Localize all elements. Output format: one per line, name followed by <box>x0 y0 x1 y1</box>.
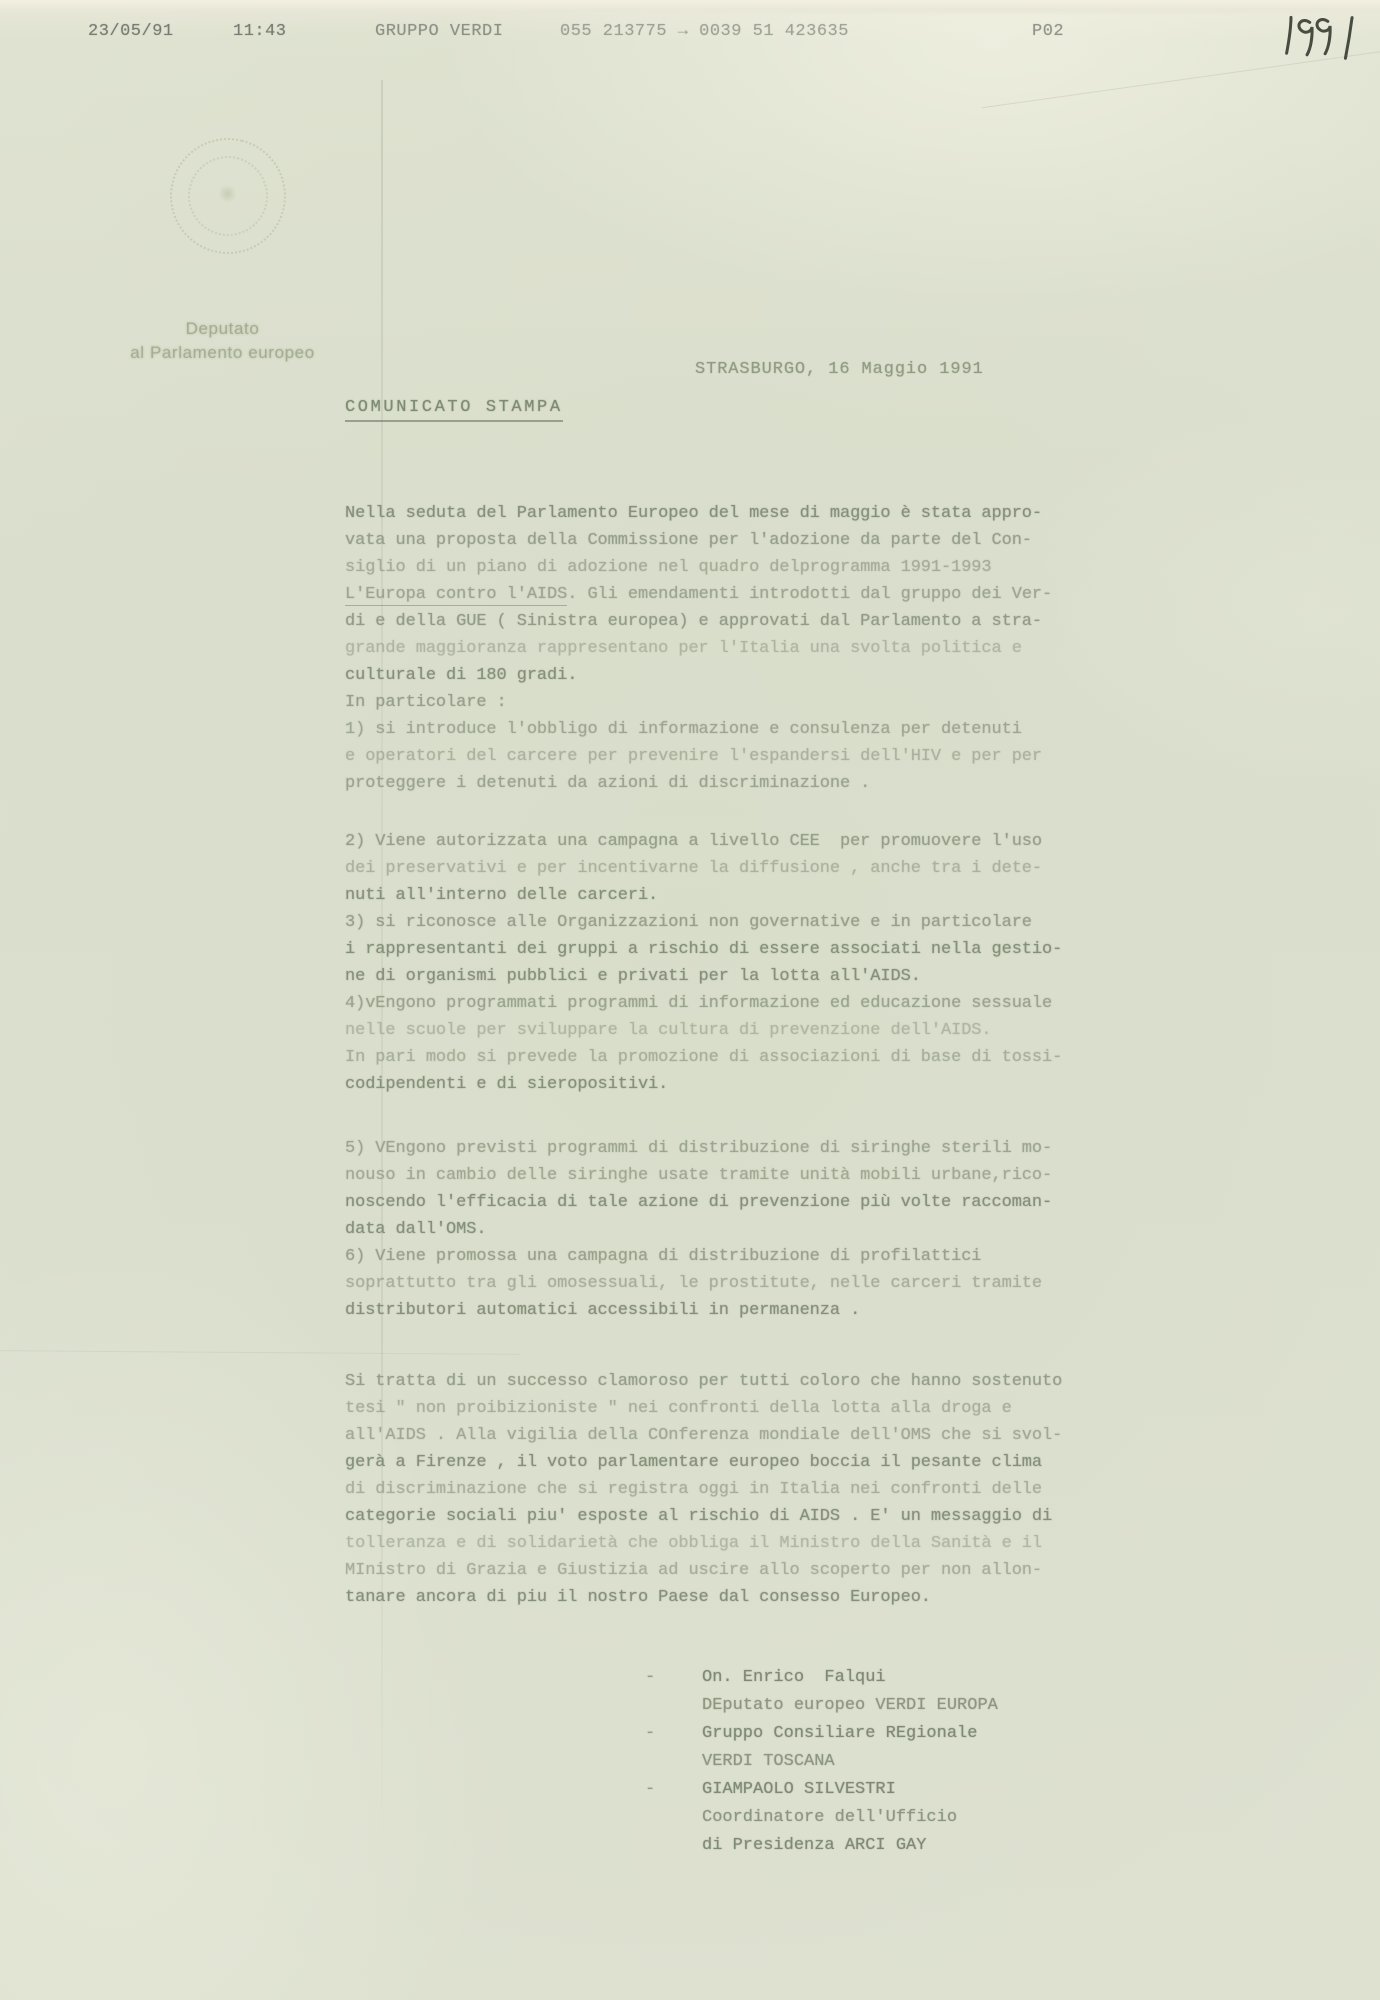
body-line: noscendo l'efficacia di tale azione di p… <box>345 1189 1105 1216</box>
body-line: nouso in cambio delle siringhe usate tra… <box>345 1162 1105 1189</box>
title-wrap: COMUNICATO STAMPA <box>345 398 563 422</box>
press-release-title: COMUNICATO STAMPA <box>345 398 563 422</box>
letterhead-line: al Parlamento europeo <box>95 341 350 365</box>
body-line: i rappresentanti dei gruppi a rischio di… <box>345 936 1105 963</box>
paragraph: 5) VEngono previsti programmi di distrib… <box>345 1135 1105 1324</box>
body-line: 3) si riconosce alle Organizzazioni non … <box>345 909 1105 936</box>
body-line: culturale di 180 gradi. <box>345 662 1105 689</box>
body-line: categorie sociali piu' esposte al rischi… <box>345 1503 1105 1530</box>
handwritten-year-note <box>1281 8 1362 66</box>
fax-document-page: 23/05/91 11:43 GRUPPO VERDI 055 213775 →… <box>0 0 1380 2000</box>
body-line: 4)vEngono programmati programmi di infor… <box>345 990 1105 1017</box>
body-line: codipendenti e di sieropositivi. <box>345 1071 1105 1098</box>
body-line: In pari modo si prevede la promozione di… <box>345 1044 1105 1071</box>
body-line: nuti all'interno delle carceri. <box>345 882 1105 909</box>
body-line: gerà a Firenze , il voto parlamentare eu… <box>345 1449 1105 1476</box>
body-line: 1) si introduce l'obbligo di informazion… <box>345 716 1105 743</box>
signature-line: di Presidenza ARCI GAY <box>702 1832 957 1860</box>
body-line: 2) Viene autorizzata una campagna a live… <box>345 828 1105 855</box>
fax-numbers: 055 213775 → 0039 51 423635 <box>560 22 849 41</box>
letterhead: Deputato al Parlamento europeo <box>95 317 350 365</box>
body-line: e operatori del carcere per prevenire l'… <box>345 743 1105 770</box>
signature-line: DEputato europeo VERDI EUROPA <box>702 1692 998 1720</box>
body-line: tanare ancora di piu il nostro Paese dal… <box>345 1584 1105 1611</box>
signature-dash: - <box>645 1664 702 1692</box>
body-line: distributori automatici accessibili in p… <box>345 1297 1105 1324</box>
body-line: In particolare : <box>345 689 1105 716</box>
body-line: data dall'OMS. <box>345 1216 1105 1243</box>
body-line: dei preservativi e per incentivarne la d… <box>345 855 1105 882</box>
signature-line: VERDI TOSCANA <box>702 1748 977 1776</box>
document-body: Nella seduta del Parlamento Europeo del … <box>345 500 1105 1611</box>
body-line: vata una proposta della Commissione per … <box>345 527 1105 554</box>
fax-sender-name: GRUPPO VERDI <box>375 22 503 41</box>
body-line: tesi " non proibizioniste " nei confront… <box>345 1395 1105 1422</box>
paragraph: Nella seduta del Parlamento Europeo del … <box>345 500 1105 581</box>
signature-line: GIAMPAOLO SILVESTRI <box>702 1776 957 1804</box>
underlined-phrase: L'Europa contro l'AIDS <box>345 585 567 606</box>
body-line: L'Europa contro l'AIDS. Gli emendamenti … <box>345 581 1105 608</box>
body-line: 6) Viene promossa una campagna di distri… <box>345 1243 1105 1270</box>
round-stamp-icon <box>158 126 299 267</box>
body-line: 5) VEngono previsti programmi di distrib… <box>345 1135 1105 1162</box>
signature-line: Gruppo Consiliare REgionale <box>702 1720 977 1748</box>
signature-dash: - <box>645 1776 702 1804</box>
body-line: tolleranza e di solidarietà che obbliga … <box>345 1530 1105 1557</box>
body-line-rest: . Gli emendamenti introdotti dal gruppo … <box>567 585 1052 604</box>
signature-lines: On. Enrico Falqui DEputato europeo VERDI… <box>702 1664 998 1720</box>
paragraph: Si tratta di un successo clamoroso per t… <box>345 1368 1105 1611</box>
signature-entry: - On. Enrico Falqui DEputato europeo VER… <box>645 1664 998 1720</box>
fax-page-number: P02 <box>1032 22 1064 41</box>
body-line: proteggere i detenuti da azioni di discr… <box>345 770 1105 797</box>
paragraph: 2) Viene autorizzata una campagna a live… <box>345 828 1105 1098</box>
body-line: Nella seduta del Parlamento Europeo del … <box>345 500 1105 527</box>
body-line: nelle scuole per sviluppare la cultura d… <box>345 1017 1105 1044</box>
signature-lines: GIAMPAOLO SILVESTRI Coordinatore dell'Uf… <box>702 1776 957 1860</box>
signature-line: Coordinatore dell'Ufficio <box>702 1804 957 1832</box>
body-line: soprattutto tra gli omosessuali, le pros… <box>345 1270 1105 1297</box>
body-line: grande maggioranza rappresentano per l'I… <box>345 635 1105 662</box>
body-line: di e della GUE ( Sinistra europea) e app… <box>345 608 1105 635</box>
paper-top-edge <box>0 0 1380 16</box>
signature-dash: - <box>645 1720 702 1748</box>
paragraph: di e della GUE ( Sinistra europea) e app… <box>345 608 1105 797</box>
body-line: di discriminazione che si registra oggi … <box>345 1476 1105 1503</box>
signature-entry: - Gruppo Consiliare REgionale VERDI TOSC… <box>645 1720 998 1776</box>
signature-entry: - GIAMPAOLO SILVESTRI Coordinatore dell'… <box>645 1776 998 1860</box>
signature-lines: Gruppo Consiliare REgionale VERDI TOSCAN… <box>702 1720 977 1776</box>
fax-transmission-header: 23/05/91 11:43 GRUPPO VERDI 055 213775 →… <box>0 22 1380 48</box>
letterhead-line: Deputato <box>95 317 350 341</box>
fax-date: 23/05/91 <box>88 22 174 41</box>
body-line: Si tratta di un successo clamoroso per t… <box>345 1368 1105 1395</box>
dateline: STRASBURGO, 16 Maggio 1991 <box>695 360 984 379</box>
signature-line: On. Enrico Falqui <box>702 1664 998 1692</box>
body-line: MInistro di Grazia e Giustizia ad uscire… <box>345 1557 1105 1584</box>
body-line: all'AIDS . Alla vigilia della COnferenza… <box>345 1422 1105 1449</box>
fax-time: 11:43 <box>233 22 287 41</box>
body-line: ne di organismi pubblici e privati per l… <box>345 963 1105 990</box>
signature-block: - On. Enrico Falqui DEputato europeo VER… <box>645 1664 998 1860</box>
body-line: siglio di un piano di adozione nel quadr… <box>345 554 1105 581</box>
